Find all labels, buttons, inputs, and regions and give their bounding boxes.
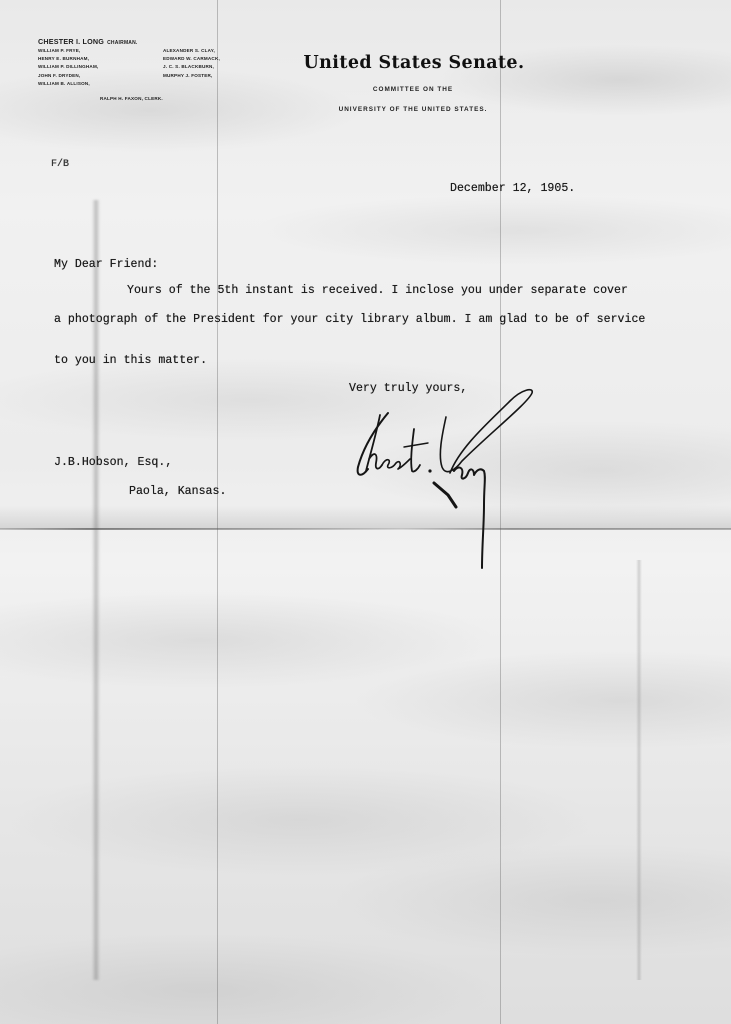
chairman-name: CHESTER I. LONG bbox=[38, 37, 104, 46]
clerk-line: RALPH H. FAXON, CLERK. bbox=[100, 96, 163, 101]
committee-member: EDWARD W. CARMACK, bbox=[163, 55, 220, 63]
vertical-fold-line bbox=[217, 0, 218, 1024]
committee-member: J. C. S. BLACKBURN, bbox=[163, 63, 220, 71]
handwritten-signature: Chest. I. Long bbox=[350, 385, 550, 580]
members-right-column: ALEXANDER S. CLAY, EDWARD W. CARMACK, J.… bbox=[163, 47, 220, 80]
letter-date: December 12, 1905. bbox=[450, 182, 575, 195]
committee-member: JOHN F. DRYDEN, bbox=[38, 72, 98, 80]
committee-roster: CHESTER I. LONGCHAIRMAN. WILLIAM P. FRYE… bbox=[38, 37, 268, 107]
chairman-role: CHAIRMAN. bbox=[107, 40, 137, 46]
body-line: a photograph of the President for your c… bbox=[54, 313, 645, 326]
salutation: My Dear Friend: bbox=[54, 258, 158, 271]
committee-member: WILLIAM P. FRYE, bbox=[38, 47, 98, 55]
committee-member: ALEXANDER S. CLAY, bbox=[163, 47, 220, 55]
letterhead-committee-name: UNIVERSITY OF THE UNITED STATES. bbox=[302, 106, 524, 113]
body-line: to you in this matter. bbox=[54, 354, 207, 367]
letterhead-title: United States Senate. bbox=[292, 53, 536, 73]
letterhead-committee-on: COMMITTEE ON THE bbox=[340, 86, 486, 93]
letter-page: CHESTER I. LONGCHAIRMAN. WILLIAM P. FRYE… bbox=[0, 0, 731, 1024]
recipient-city: Paola, Kansas. bbox=[129, 485, 226, 498]
committee-member: MURPHY J. FOSTER, bbox=[163, 72, 220, 80]
committee-member: WILLIAM P. DILLINGHAM, bbox=[38, 63, 98, 71]
reference-mark: F/B bbox=[51, 159, 69, 170]
paper-stain bbox=[636, 560, 642, 980]
chairman-line: CHESTER I. LONGCHAIRMAN. bbox=[38, 37, 138, 46]
members-left-column: WILLIAM P. FRYE, HENRY E. BURNHAM, WILLI… bbox=[38, 47, 98, 88]
recipient-name: J.B.Hobson, Esq., bbox=[54, 456, 172, 469]
signature-strokes bbox=[350, 385, 550, 580]
committee-member: WILLIAM B. ALLISON, bbox=[38, 80, 98, 88]
body-line: Yours of the 5th instant is received. I … bbox=[127, 284, 628, 297]
committee-member: HENRY E. BURNHAM, bbox=[38, 55, 98, 63]
